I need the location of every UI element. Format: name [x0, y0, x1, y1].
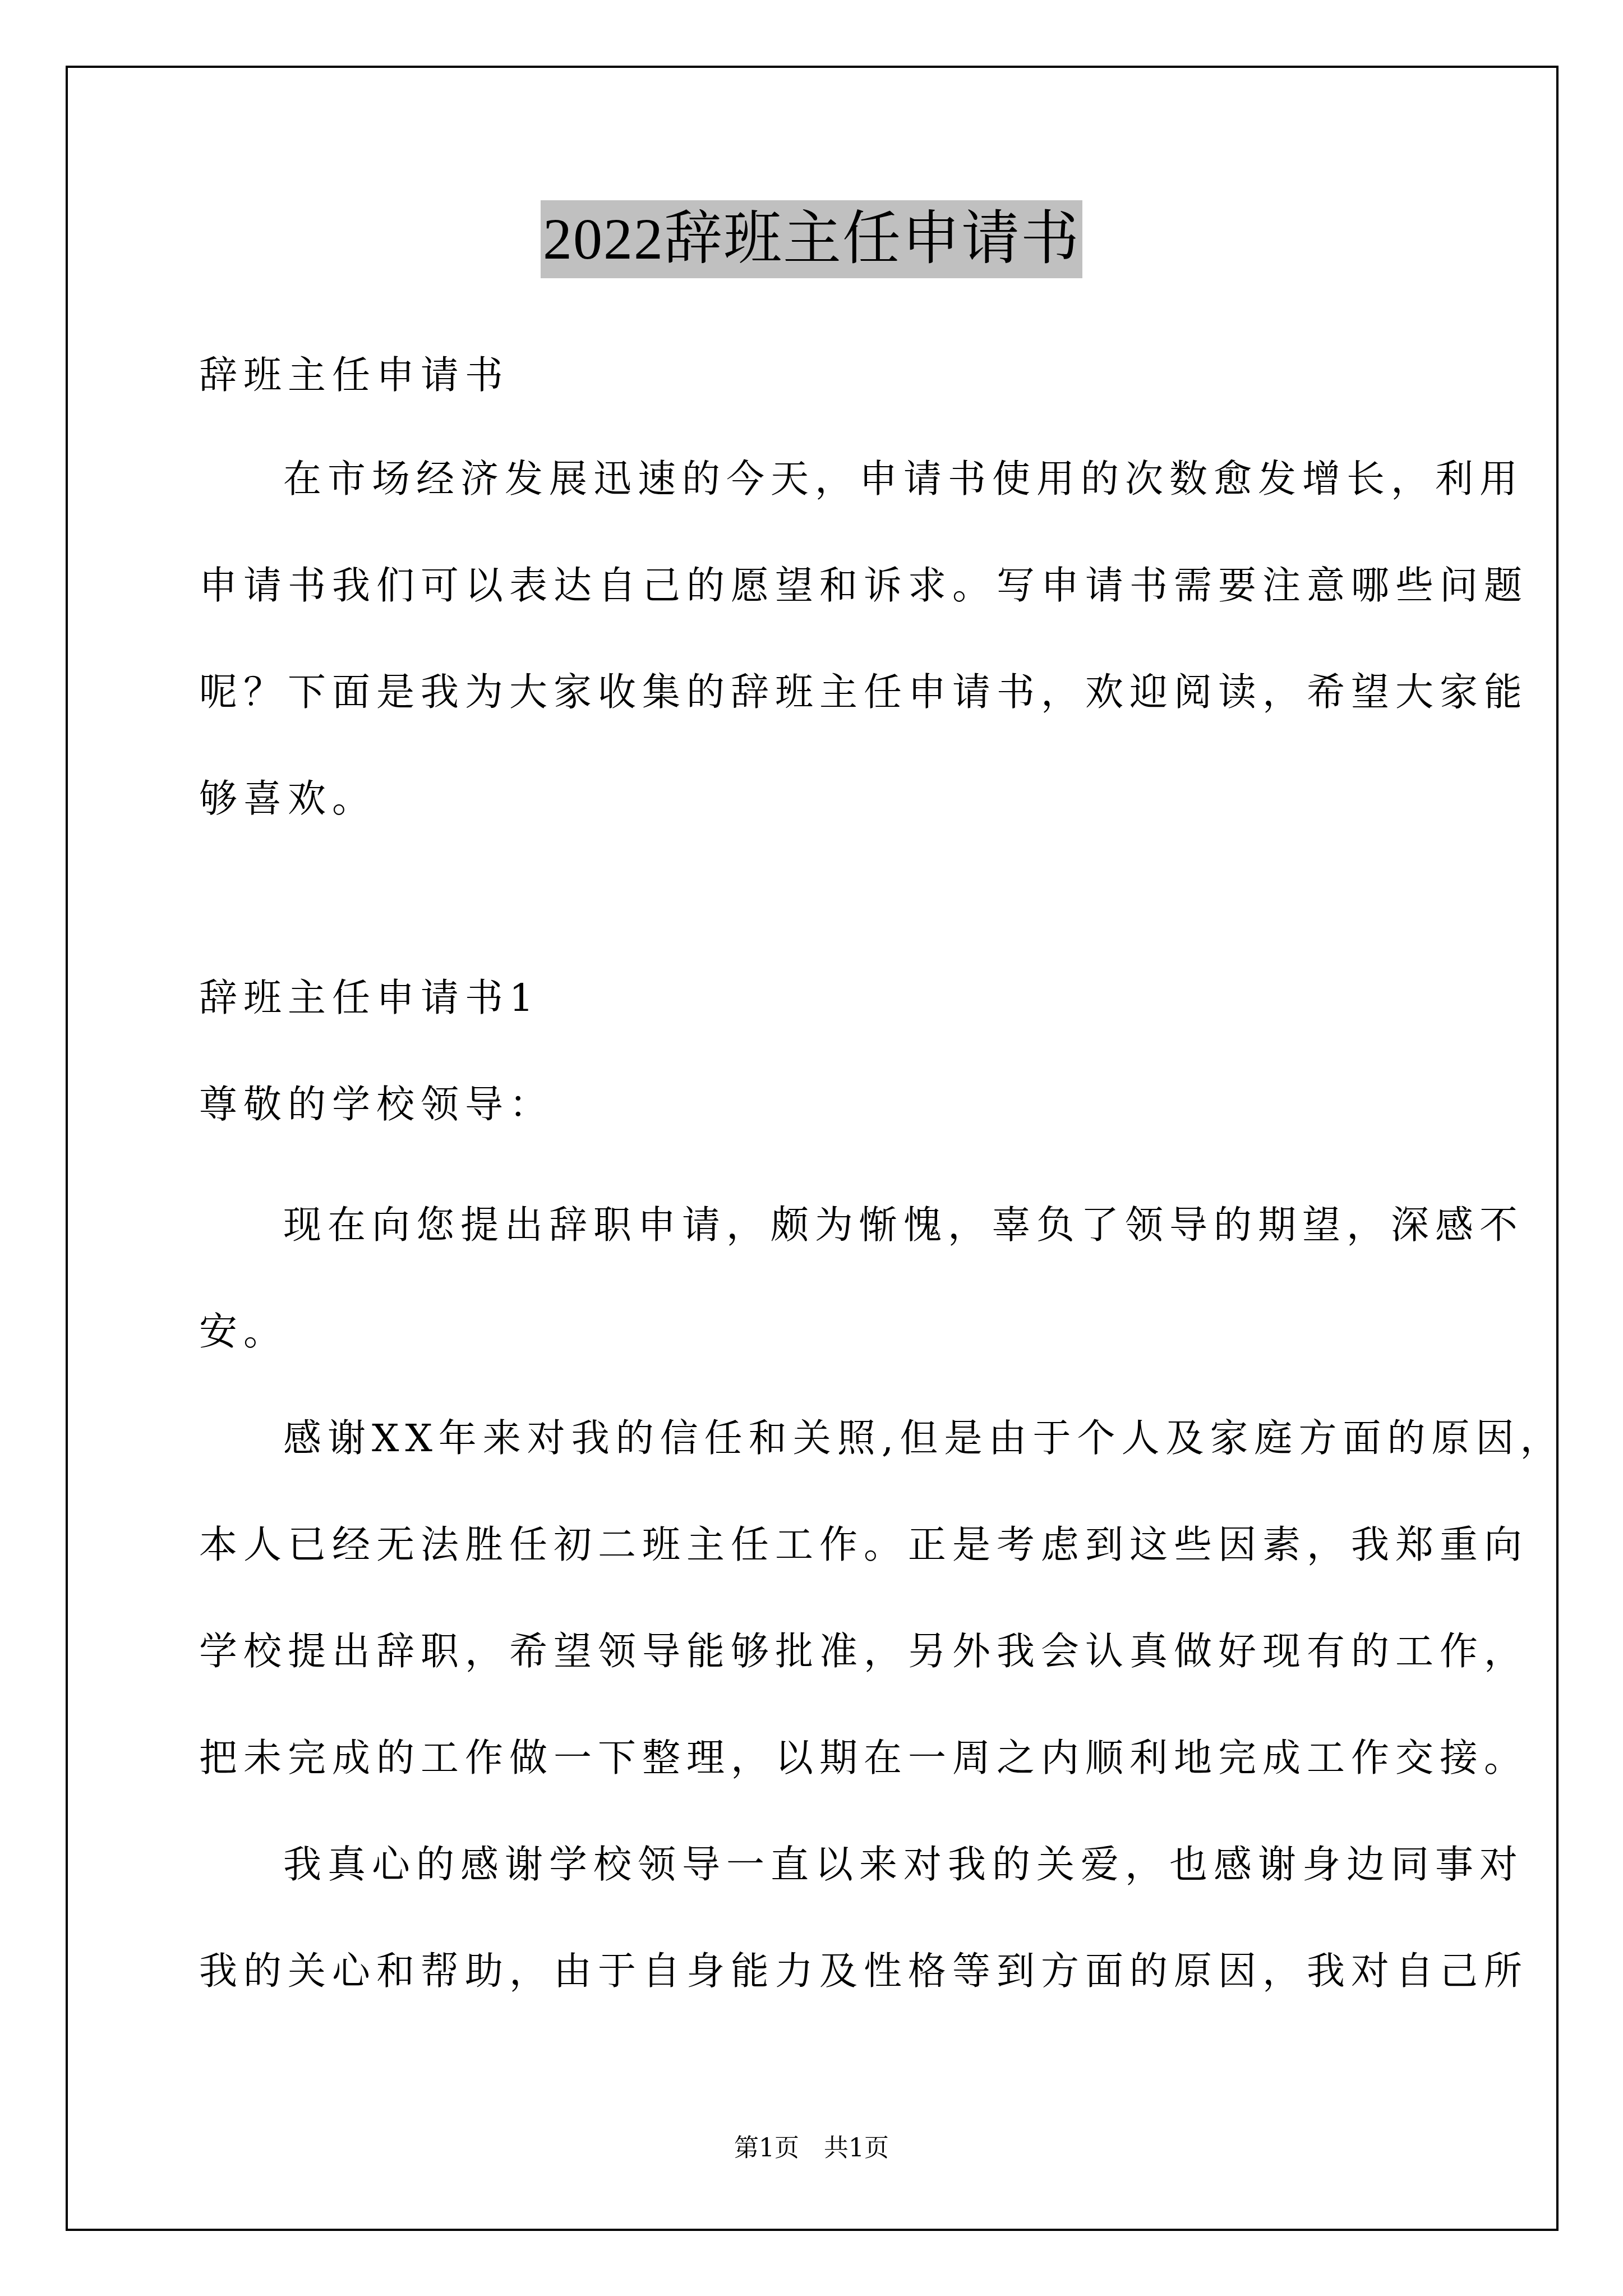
subtitle: 辞班主任申请书 [199, 351, 509, 401]
section-heading: 辞班主任申请书1 [199, 973, 540, 1024]
paragraph-line: 我的关心和帮助，由于自身能力及性格等到方面的原因，我对自己所 [199, 1947, 1528, 1997]
intro-line: 呢？下面是我为大家收集的辞班主任申请书，欢迎阅读，希望大家能 [199, 668, 1528, 718]
title-container: 2022辞班主任申请书 [0, 200, 1623, 278]
intro-line: 申请书我们可以表达自己的愿望和诉求。写申请书需要注意哪些问题 [199, 561, 1528, 611]
page-footer: 第1页 共1页 [0, 2132, 1623, 2165]
document-title: 2022辞班主任申请书 [541, 200, 1082, 278]
intro-line: 够喜欢。 [199, 774, 376, 825]
paragraph-line: 本人已经无法胜任初二班主任工作。正是考虑到这些因素，我郑重向 [199, 1520, 1528, 1571]
paragraph-line: 现在向您提出辞职申请，颇为惭愧，辜负了领导的期望，深感不 [199, 1200, 1524, 1251]
paragraph-line: 感谢XX年来对我的信任和关照,但是由于个人及家庭方面的原因， [199, 1414, 1564, 1464]
paragraph-line: 我真心的感谢学校领导一直以来对我的关爱，也感谢身边同事对 [199, 1840, 1524, 1890]
intro-line: 在市场经济发展迅速的今天，申请书使用的次数愈发增长，利用 [199, 454, 1524, 505]
paragraph-line: 把未完成的工作做一下整理，以期在一周之内顺利地完成工作交接。 [199, 1733, 1528, 1784]
salutation: 尊敬的学校领导： [199, 1080, 554, 1130]
paragraph-line: 安。 [199, 1307, 288, 1358]
paragraph-line: 学校提出辞职，希望领导能够批准，另外我会认真做好现有的工作， [199, 1627, 1528, 1677]
